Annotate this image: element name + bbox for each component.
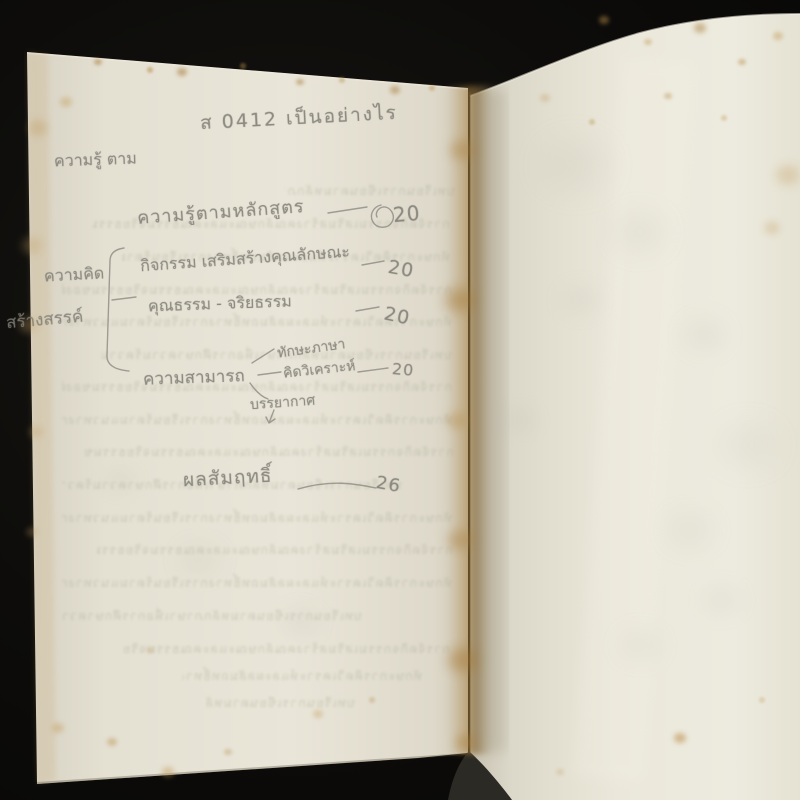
branch-line-upper xyxy=(252,349,274,363)
dash-after-line1 xyxy=(328,207,367,213)
dash-after-activities xyxy=(362,261,384,265)
down-arrow xyxy=(266,410,275,423)
book-photo: บทเรียนการเขียนตามหลักภาษาเพื่อการศึกษาค… xyxy=(0,0,800,800)
dash-after-thinking xyxy=(358,368,388,372)
pencil-strokes xyxy=(0,0,800,800)
branch-line-lower xyxy=(250,383,268,399)
dash-before-morals xyxy=(112,297,136,300)
result-line xyxy=(298,483,376,489)
group-brace xyxy=(107,248,129,371)
dash-after-morals xyxy=(356,307,379,311)
scribbled-circle xyxy=(371,205,393,227)
branch-line-middle xyxy=(258,372,281,375)
